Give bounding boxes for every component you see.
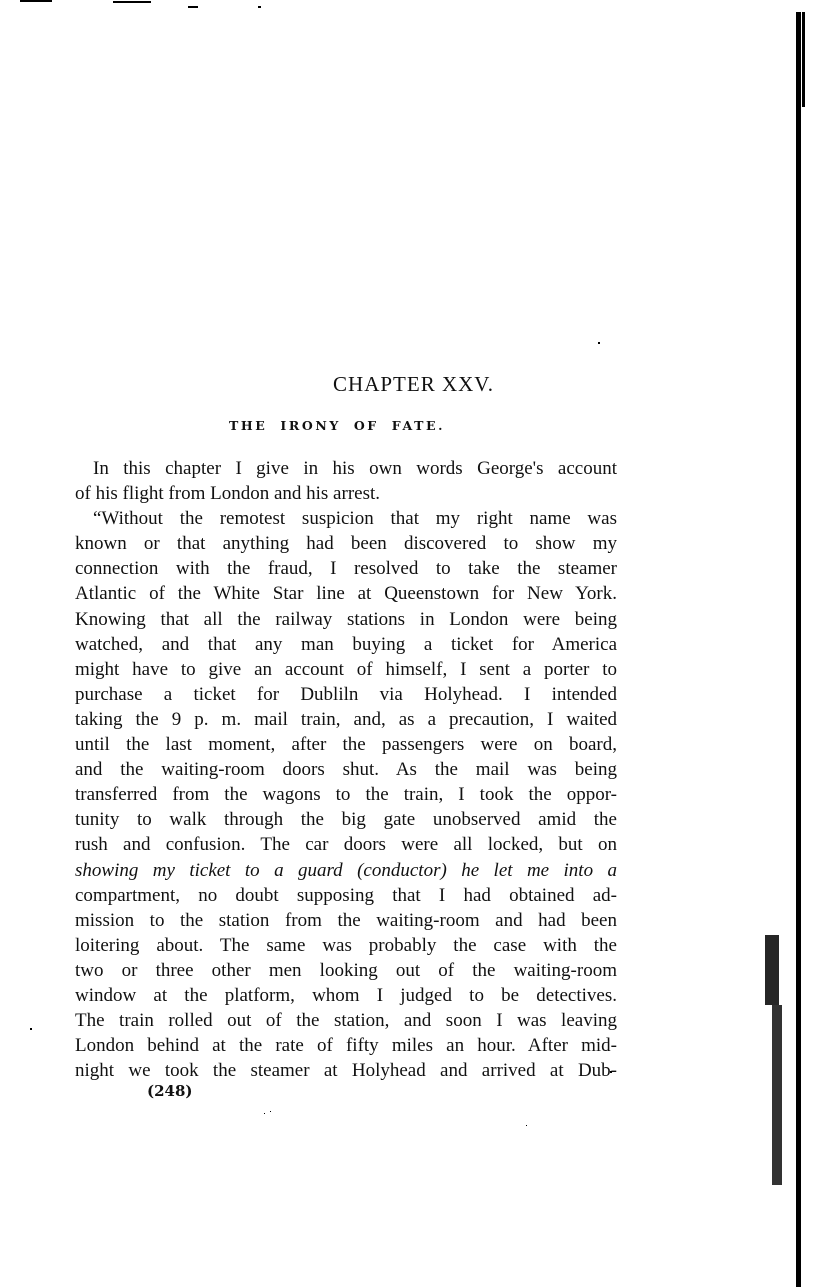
page-binding-edge — [796, 12, 801, 1287]
scan-artifact — [188, 6, 198, 8]
chapter-subtitle: THE IRONY OF FATE. — [229, 418, 445, 433]
text-line: mission to the station from the waiting-… — [75, 908, 617, 933]
chapter-heading-text: CHAPTER XXV. — [333, 372, 494, 397]
text-line: taking the 9 p. m. mail train, and, as a… — [75, 707, 617, 732]
scan-speck — [264, 1113, 265, 1114]
text-line: loitering about. The same was probably t… — [75, 933, 617, 958]
scan-artifact — [20, 0, 52, 2]
text-line: and the waiting-room doors shut. As the … — [75, 757, 617, 782]
text-line: rush and confusion. The car doors were a… — [75, 832, 617, 857]
text-line: transferred from the wagons to the train… — [75, 782, 617, 807]
text-line: compartment, no doubt supposing that I h… — [75, 883, 617, 908]
text-line: of his flight from London and his arrest… — [75, 481, 617, 506]
text-line: two or three other men looking out of th… — [75, 958, 617, 983]
body-text: In this chapter I give in his own words … — [93, 456, 617, 1083]
scan-speck — [610, 1071, 612, 1073]
scan-artifact — [258, 6, 261, 8]
text-line: tunity to walk through the big gate unob… — [75, 807, 617, 832]
text-line: showing my ticket to a guard (conductor)… — [75, 858, 617, 883]
chapter-heading: CHAPTER XXV. — [0, 372, 813, 397]
text-line: window at the platform, whom I judged to… — [75, 983, 617, 1008]
text-line: night we took the steamer at Holyhead an… — [75, 1058, 617, 1083]
text-line: The train rolled out of the station, and… — [75, 1008, 617, 1033]
text-line: London behind at the rate of fifty miles… — [75, 1033, 617, 1058]
scan-speck — [30, 1028, 32, 1030]
page-binding-edge — [765, 935, 779, 1005]
text-line: might have to give an account of himself… — [75, 657, 617, 682]
scan-artifact — [113, 1, 151, 3]
text-line: In this chapter I give in his own words … — [93, 456, 617, 481]
page-number: (248) — [147, 1082, 193, 1100]
text-line: known or that anything had been discover… — [75, 531, 617, 556]
scan-speck — [526, 1125, 527, 1126]
text-line: “Without the remotest suspicion that my … — [93, 506, 617, 531]
text-line: until the last moment, after the passeng… — [75, 732, 617, 757]
text-line: connection with the fraud, I resolved to… — [75, 556, 617, 581]
scan-speck — [270, 1111, 271, 1112]
text-line: Knowing that all the railway stations in… — [75, 607, 617, 632]
scan-speck — [598, 342, 600, 344]
scanned-book-page: CHAPTER XXV. THE IRONY OF FATE. In this … — [0, 0, 813, 1287]
text-line: Atlantic of the White Star line at Queen… — [75, 581, 617, 606]
text-line: watched, and that any man buying a ticke… — [75, 632, 617, 657]
text-line: purchase a ticket for Dubliln via Holyhe… — [75, 682, 617, 707]
page-binding-edge — [772, 1005, 782, 1185]
page-binding-edge — [802, 12, 805, 107]
